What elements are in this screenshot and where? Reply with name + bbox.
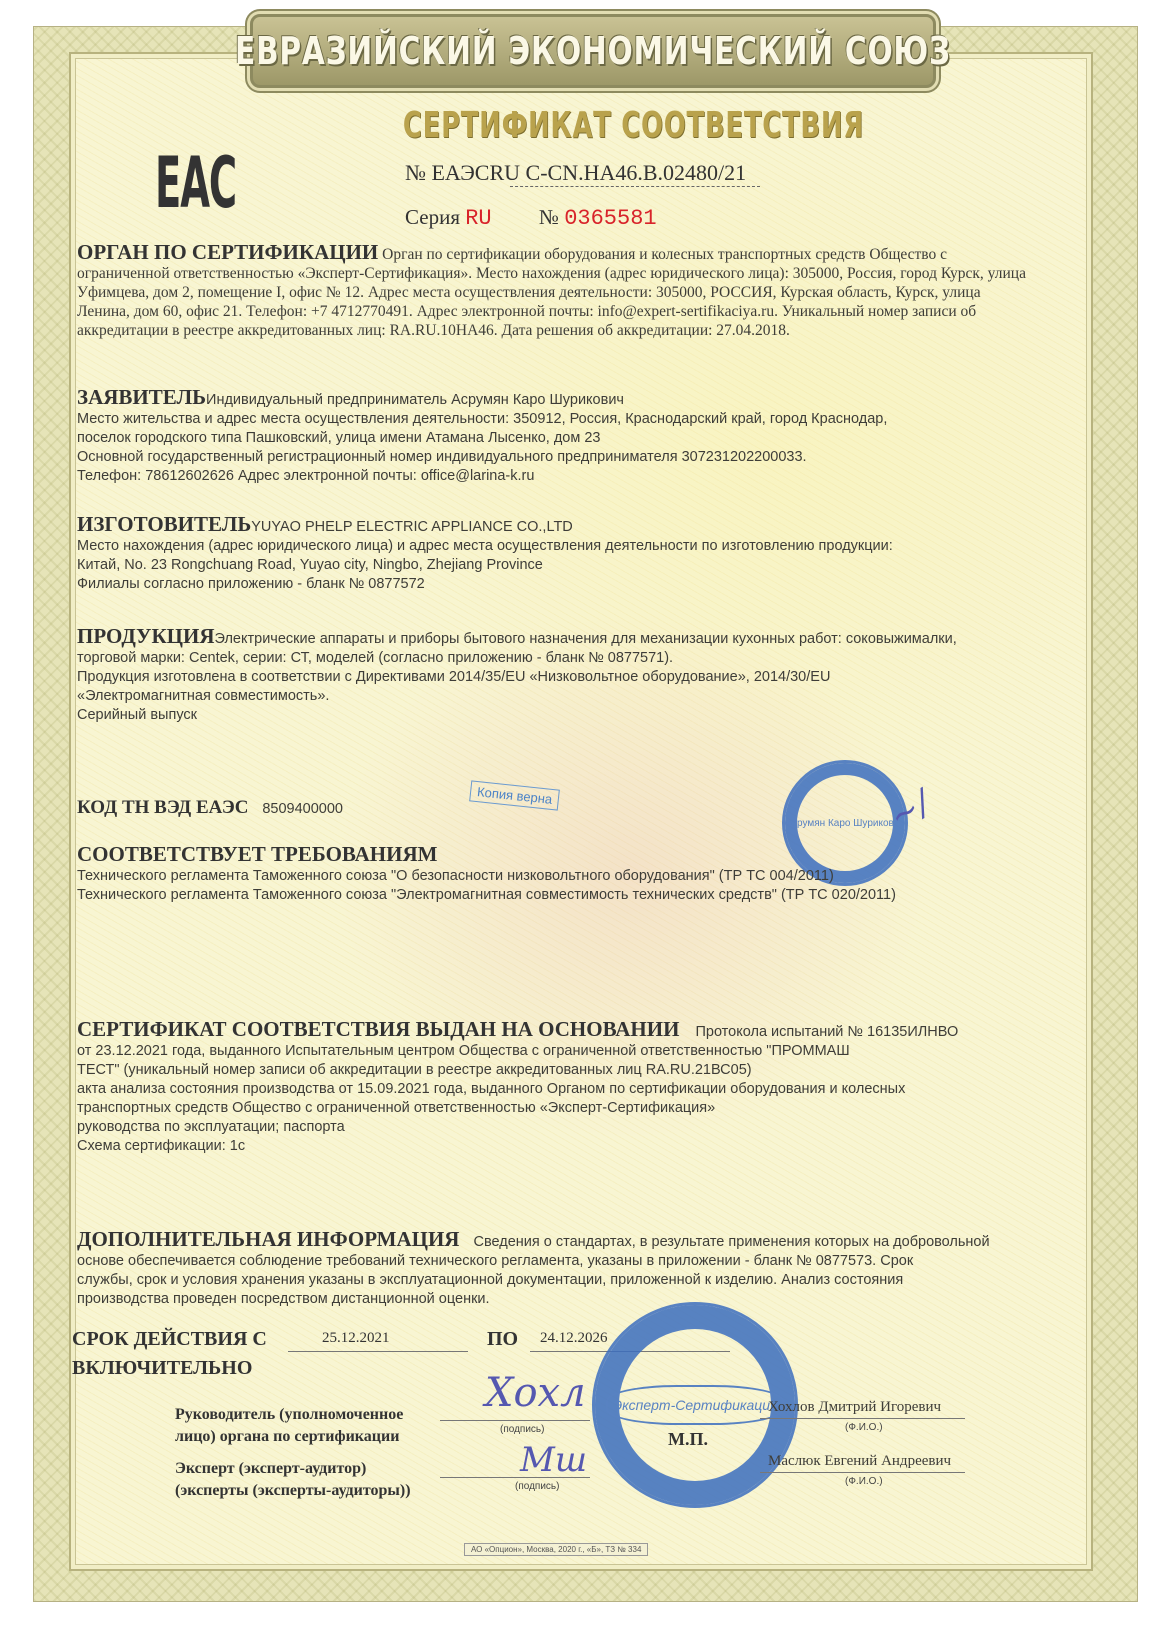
certificate-number: № ЕАЭСRU C-CN.HA46.B.02480/21 bbox=[405, 160, 746, 186]
applicant-section: ЗАЯВИТЕЛЬИндивидуальный предприниматель … bbox=[77, 388, 1027, 486]
manufacturer-line: Китай, No. 23 Rongchuang Road, Yuyao cit… bbox=[77, 557, 543, 573]
validity-to-date: 24.12.2026 bbox=[540, 1330, 608, 1347]
product-line: Продукция изготовлена в соответствии с Д… bbox=[77, 669, 830, 685]
additional-first: Сведения о стандартах, в результате прим… bbox=[473, 1234, 989, 1250]
manufacturer-section: ИЗГОТОВИТЕЛЬYUYAO PHELP ELECTRIC APPLIAN… bbox=[77, 515, 1027, 594]
head-signature-icon: Хохл bbox=[485, 1370, 586, 1416]
expert-signature-icon: Мш bbox=[520, 1440, 587, 1480]
expert-label-line: (эксперты (эксперты-аудиторы)) bbox=[175, 1482, 411, 1499]
head-label-line: лицо) органа по сертификации bbox=[175, 1428, 399, 1445]
expert-signature-caption: (подпись) bbox=[515, 1481, 559, 1492]
blank-no-value: 0365581 bbox=[564, 206, 656, 231]
manufacturer-line: Филиалы согласно приложению - бланк № 08… bbox=[77, 576, 425, 592]
applicant-line: поселок городского типа Пашковский, улиц… bbox=[77, 430, 601, 446]
additional-info-heading: ДОПОЛНИТЕЛЬНАЯ ИНФОРМАЦИЯ bbox=[77, 1227, 459, 1251]
additional-info-section: ДОПОЛНИТЕЛЬНАЯ ИНФОРМАЦИЯ Сведения о ста… bbox=[77, 1230, 1027, 1309]
expert-name: Маслюк Евгений Андреевич bbox=[768, 1452, 988, 1471]
basis-line: транспортных средств Общество с ограниче… bbox=[77, 1100, 715, 1116]
series-row: Серия RU № 0365581 bbox=[405, 205, 657, 231]
head-label-line: Руководитель (уполномоченное bbox=[175, 1406, 403, 1423]
validity-from-date: 25.12.2021 bbox=[322, 1330, 390, 1347]
requirement-line: Технического регламента Таможенного союз… bbox=[77, 887, 896, 903]
head-signature-caption: (подпись) bbox=[500, 1424, 544, 1435]
number-value: RU C-CN.HA46.B.02480/21 bbox=[489, 160, 746, 185]
basis-first: Протокола испытаний № 16135ИЛНВО bbox=[695, 1024, 958, 1040]
hs-code-heading: КОД ТН ВЭД ЕАЭС bbox=[77, 797, 248, 818]
number-label: № ЕАЭС bbox=[405, 160, 489, 185]
expert-name-line bbox=[760, 1472, 965, 1473]
expert-label: Эксперт (эксперт-аудитор) (эксперты (экс… bbox=[175, 1458, 411, 1502]
blank-no-label: № bbox=[539, 205, 559, 229]
certification-body-heading: ОРГАН ПО СЕРТИФИКАЦИИ bbox=[77, 240, 378, 264]
expert-signature-line bbox=[440, 1477, 590, 1478]
validity-label-inclusive: ВКЛЮЧИТЕЛЬНО bbox=[72, 1357, 252, 1380]
validity-label-to: ПО bbox=[487, 1328, 518, 1351]
manufacturer-line: Место нахождения (адрес юридического лиц… bbox=[77, 538, 893, 554]
additional-line: основе обеспечивается соблюдение требова… bbox=[77, 1253, 913, 1269]
additional-line: производства проведен посредством дистан… bbox=[77, 1291, 490, 1307]
head-name: Хохлов Дмитрий Игоревич bbox=[768, 1398, 988, 1417]
applicant-name: Индивидуальный предприниматель Асрумян К… bbox=[206, 392, 624, 408]
seal-text: Эксперт-Сертификация bbox=[606, 1385, 783, 1425]
validity-label-from: СРОК ДЕЙСТВИЯ С bbox=[72, 1328, 267, 1351]
product-first: Электрические аппараты и приборы бытовог… bbox=[215, 631, 957, 647]
product-line: «Электромагнитная совместимость». bbox=[77, 688, 329, 704]
union-banner: ЕВРАЗИЙСКИЙ ЭКОНОМИЧЕСКИЙ СОЮЗ bbox=[250, 14, 936, 88]
head-signature-line bbox=[440, 1420, 590, 1421]
applicant-seal-text: Асрумян Каро Шурикович bbox=[785, 818, 904, 829]
printer-imprint: АО «Опцион», Москва, 2020 г., «Б», ТЗ № … bbox=[464, 1543, 648, 1556]
head-name-line bbox=[760, 1418, 965, 1419]
product-line: торговой марки: Centek, серии: СТ, модел… bbox=[77, 650, 673, 666]
basis-line: ТЕСТ" (уникальный номер записи об аккред… bbox=[77, 1062, 752, 1078]
expert-name-caption: (Ф.И.О.) bbox=[845, 1476, 883, 1487]
head-label: Руководитель (уполномоченное лицо) орган… bbox=[175, 1404, 403, 1448]
basis-section: СЕРТИФИКАТ СООТВЕТСТВИЯ ВЫДАН НА ОСНОВАН… bbox=[77, 1020, 1027, 1156]
eac-mark-icon: EAC bbox=[155, 142, 236, 224]
applicant-heading: ЗАЯВИТЕЛЬ bbox=[77, 385, 206, 409]
applicant-line: Основной государственный регистрационный… bbox=[77, 449, 807, 465]
seal-mp-label: М.П. bbox=[668, 1428, 708, 1450]
product-heading: ПРОДУКЦИЯ bbox=[77, 624, 215, 648]
applicant-line: Место жительства и адрес места осуществл… bbox=[77, 411, 887, 427]
basis-line: акта анализа состояния производства от 1… bbox=[77, 1081, 905, 1097]
requirements-section: СООТВЕТСТВУЕТ ТРЕБОВАНИЯМ Технического р… bbox=[77, 845, 1027, 905]
document-title: СЕРТИФИКАТ СООТВЕТСТВИЯ bbox=[403, 105, 752, 146]
requirements-heading: СООТВЕТСТВУЕТ ТРЕБОВАНИЯМ bbox=[77, 842, 437, 866]
hs-code-value: 8509400000 bbox=[262, 801, 343, 817]
basis-line: руководства по эксплуатации; паспорта bbox=[77, 1119, 345, 1135]
certification-body-section: ОРГАН ПО СЕРТИФИКАЦИИ Орган по сертифика… bbox=[77, 243, 1027, 340]
number-underline bbox=[510, 186, 760, 187]
union-title: ЕВРАЗИЙСКИЙ ЭКОНОМИЧЕСКИЙ СОЮЗ bbox=[235, 29, 951, 73]
product-line: Серийный выпуск bbox=[77, 707, 197, 723]
head-name-caption: (Ф.И.О.) bbox=[845, 1422, 883, 1433]
basis-heading: СЕРТИФИКАТ СООТВЕТСТВИЯ ВЫДАН НА ОСНОВАН… bbox=[77, 1017, 679, 1041]
manufacturer-heading: ИЗГОТОВИТЕЛЬ bbox=[77, 512, 251, 536]
product-section: ПРОДУКЦИЯЭлектрические аппараты и прибор… bbox=[77, 627, 1027, 725]
additional-line: службы, срок и условия хранения указаны … bbox=[77, 1272, 903, 1288]
applicant-line: Телефон: 78612602626 Адрес электронной п… bbox=[77, 468, 534, 484]
validity-from-underline bbox=[288, 1351, 468, 1352]
expert-label-line: Эксперт (эксперт-аудитор) bbox=[175, 1460, 366, 1477]
basis-line: от 23.12.2021 года, выданного Испытатель… bbox=[77, 1043, 850, 1059]
basis-line: Схема сертификации: 1с bbox=[77, 1138, 245, 1154]
series-value: RU bbox=[465, 206, 491, 231]
manufacturer-name: YUYAO PHELP ELECTRIC APPLIANCE CO.,LTD bbox=[251, 519, 573, 535]
requirement-line: Технического регламента Таможенного союз… bbox=[77, 868, 834, 884]
series-label: Серия bbox=[405, 205, 460, 229]
